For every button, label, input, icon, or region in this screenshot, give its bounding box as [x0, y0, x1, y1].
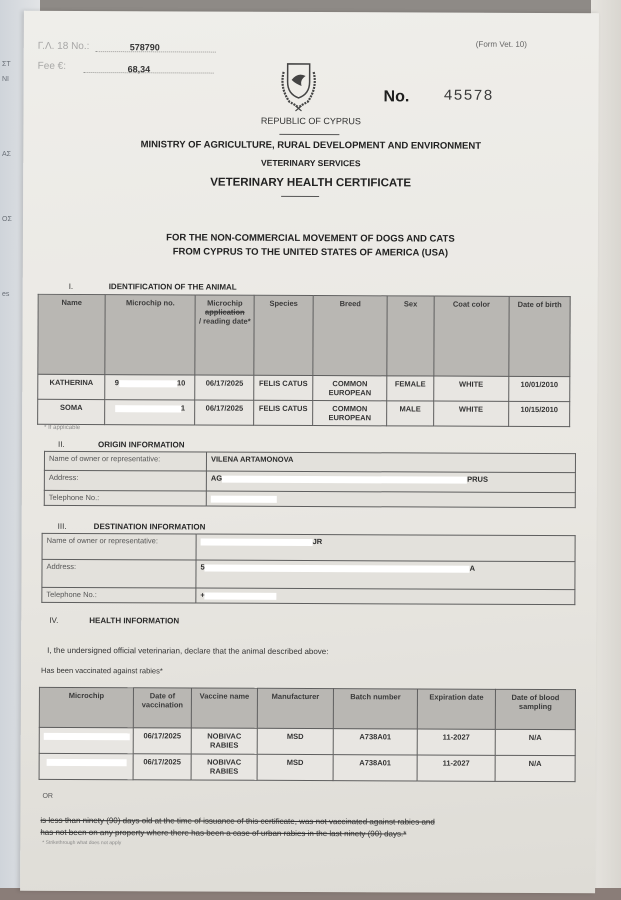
- vaccinated-statement: Has been vaccinated against rabies*: [41, 666, 163, 676]
- origin-phone-label: Telephone No.:: [44, 490, 206, 506]
- destination-owner-label: Name of owner or representative:: [42, 533, 196, 560]
- col-name: Name: [38, 294, 105, 374]
- fee-ref-value: 578790: [130, 42, 160, 52]
- col-coat: Coat color: [433, 296, 509, 376]
- origin-phone-value: [206, 491, 575, 508]
- col-species: Species: [254, 295, 313, 375]
- microchip-redacted: 910: [105, 375, 195, 400]
- origin-owner-label: Name of owner or representative:: [44, 451, 206, 471]
- section-number: I.: [69, 282, 73, 291]
- table-row: KATHERINA 910 06/17/2025 FELIS CATUS COM…: [38, 374, 570, 401]
- subtitle-line2: FROM CYPRUS TO THE UNITED STATES OF AMER…: [23, 245, 598, 262]
- origin-info-table: Name of owner or representative: VILENA …: [44, 451, 576, 508]
- edge-text: ΣΤ: [2, 60, 11, 69]
- section-title-health: HEALTH INFORMATION: [89, 616, 179, 625]
- origin-address-value: AGPRUS: [206, 471, 575, 493]
- section-number: II.: [58, 440, 65, 449]
- microchip-redacted: 1: [105, 400, 195, 425]
- certificate-number: 45578: [444, 88, 494, 105]
- col-sex: Sex: [387, 296, 434, 376]
- form-reference: (Form Vet. 10): [476, 40, 527, 49]
- destination-address-value: 5A: [196, 560, 575, 590]
- col-breed: Breed: [313, 296, 388, 376]
- struck-statement-line2: has not been on any property where there…: [40, 827, 560, 841]
- section-title-destination: DESTINATION INFORMATION: [94, 522, 206, 531]
- microchip-redacted: [39, 753, 133, 779]
- republic-heading: REPUBLIC OF CYPRUS: [23, 115, 598, 128]
- fee-ref-label: Γ.Λ. 18 No.:: [38, 41, 90, 52]
- table-row: 06/17/2025 NOBIVAC RABIES MSD A738A01 11…: [39, 727, 575, 755]
- strikethrough-note: * Strikethrough what does not apply: [42, 840, 121, 846]
- edge-text: ΟΣ: [2, 215, 12, 224]
- section-number: IV.: [49, 616, 58, 625]
- origin-address-label: Address:: [44, 470, 206, 491]
- cyprus-coat-of-arms-icon: [275, 58, 321, 112]
- edge-text: es: [2, 290, 9, 299]
- destination-phone-label: Telephone No.:: [42, 587, 196, 603]
- certificate-number-label: No.: [384, 88, 410, 106]
- microchip-redacted: [39, 727, 133, 753]
- col-microchip: Microchip no.: [105, 295, 196, 375]
- ministry-heading: MINISTRY OF AGRICULTURE, RURAL DEVELOPME…: [23, 139, 598, 153]
- section-number: III.: [58, 522, 67, 531]
- destination-phone-value: +: [196, 588, 575, 605]
- destination-owner-value: JR: [196, 534, 575, 562]
- origin-owner-value: VILENA ARTAMONOVA: [206, 452, 575, 473]
- or-label: OR: [42, 793, 53, 800]
- edge-text: ΝΙ: [2, 75, 9, 84]
- rabies-vaccination-table: Microchip Date of vaccination Vaccine na…: [39, 687, 576, 782]
- section-title-identification: IDENTIFICATION OF THE ANIMAL: [109, 282, 237, 292]
- table-row: 06/17/2025 NOBIVAC RABIES MSD A738A01 11…: [39, 753, 575, 781]
- fee-value: 68,34: [128, 64, 151, 74]
- edge-text: ΑΣ: [2, 150, 11, 159]
- section-title-origin: ORIGIN INFORMATION: [98, 440, 185, 449]
- col-chip-date: Microchipapplication/ reading date*: [195, 295, 254, 375]
- destination-info-table: Name of owner or representative: JR Addr…: [41, 533, 575, 605]
- fee-label: Fee €:: [38, 61, 66, 72]
- certificate-page: Γ.Λ. 18 No.: 578790 Fee €: 68,34 (Form V…: [20, 11, 599, 894]
- declaration-text: I, the undersigned official veterinarian…: [47, 646, 328, 656]
- destination-address-label: Address:: [42, 559, 196, 588]
- service-heading: VETERINARY SERVICES: [23, 157, 598, 170]
- footnote-if-applicable: * If applicable: [44, 425, 80, 431]
- document-title: VETERINARY HEALTH CERTIFICATE: [23, 176, 598, 191]
- table-row: SOMA 1 06/17/2025 FELIS CATUS COMMON EUR…: [38, 399, 570, 426]
- animal-identification-table: Name Microchip no. Microchipapplication/…: [37, 294, 571, 427]
- col-dob: Date of birth: [509, 296, 570, 376]
